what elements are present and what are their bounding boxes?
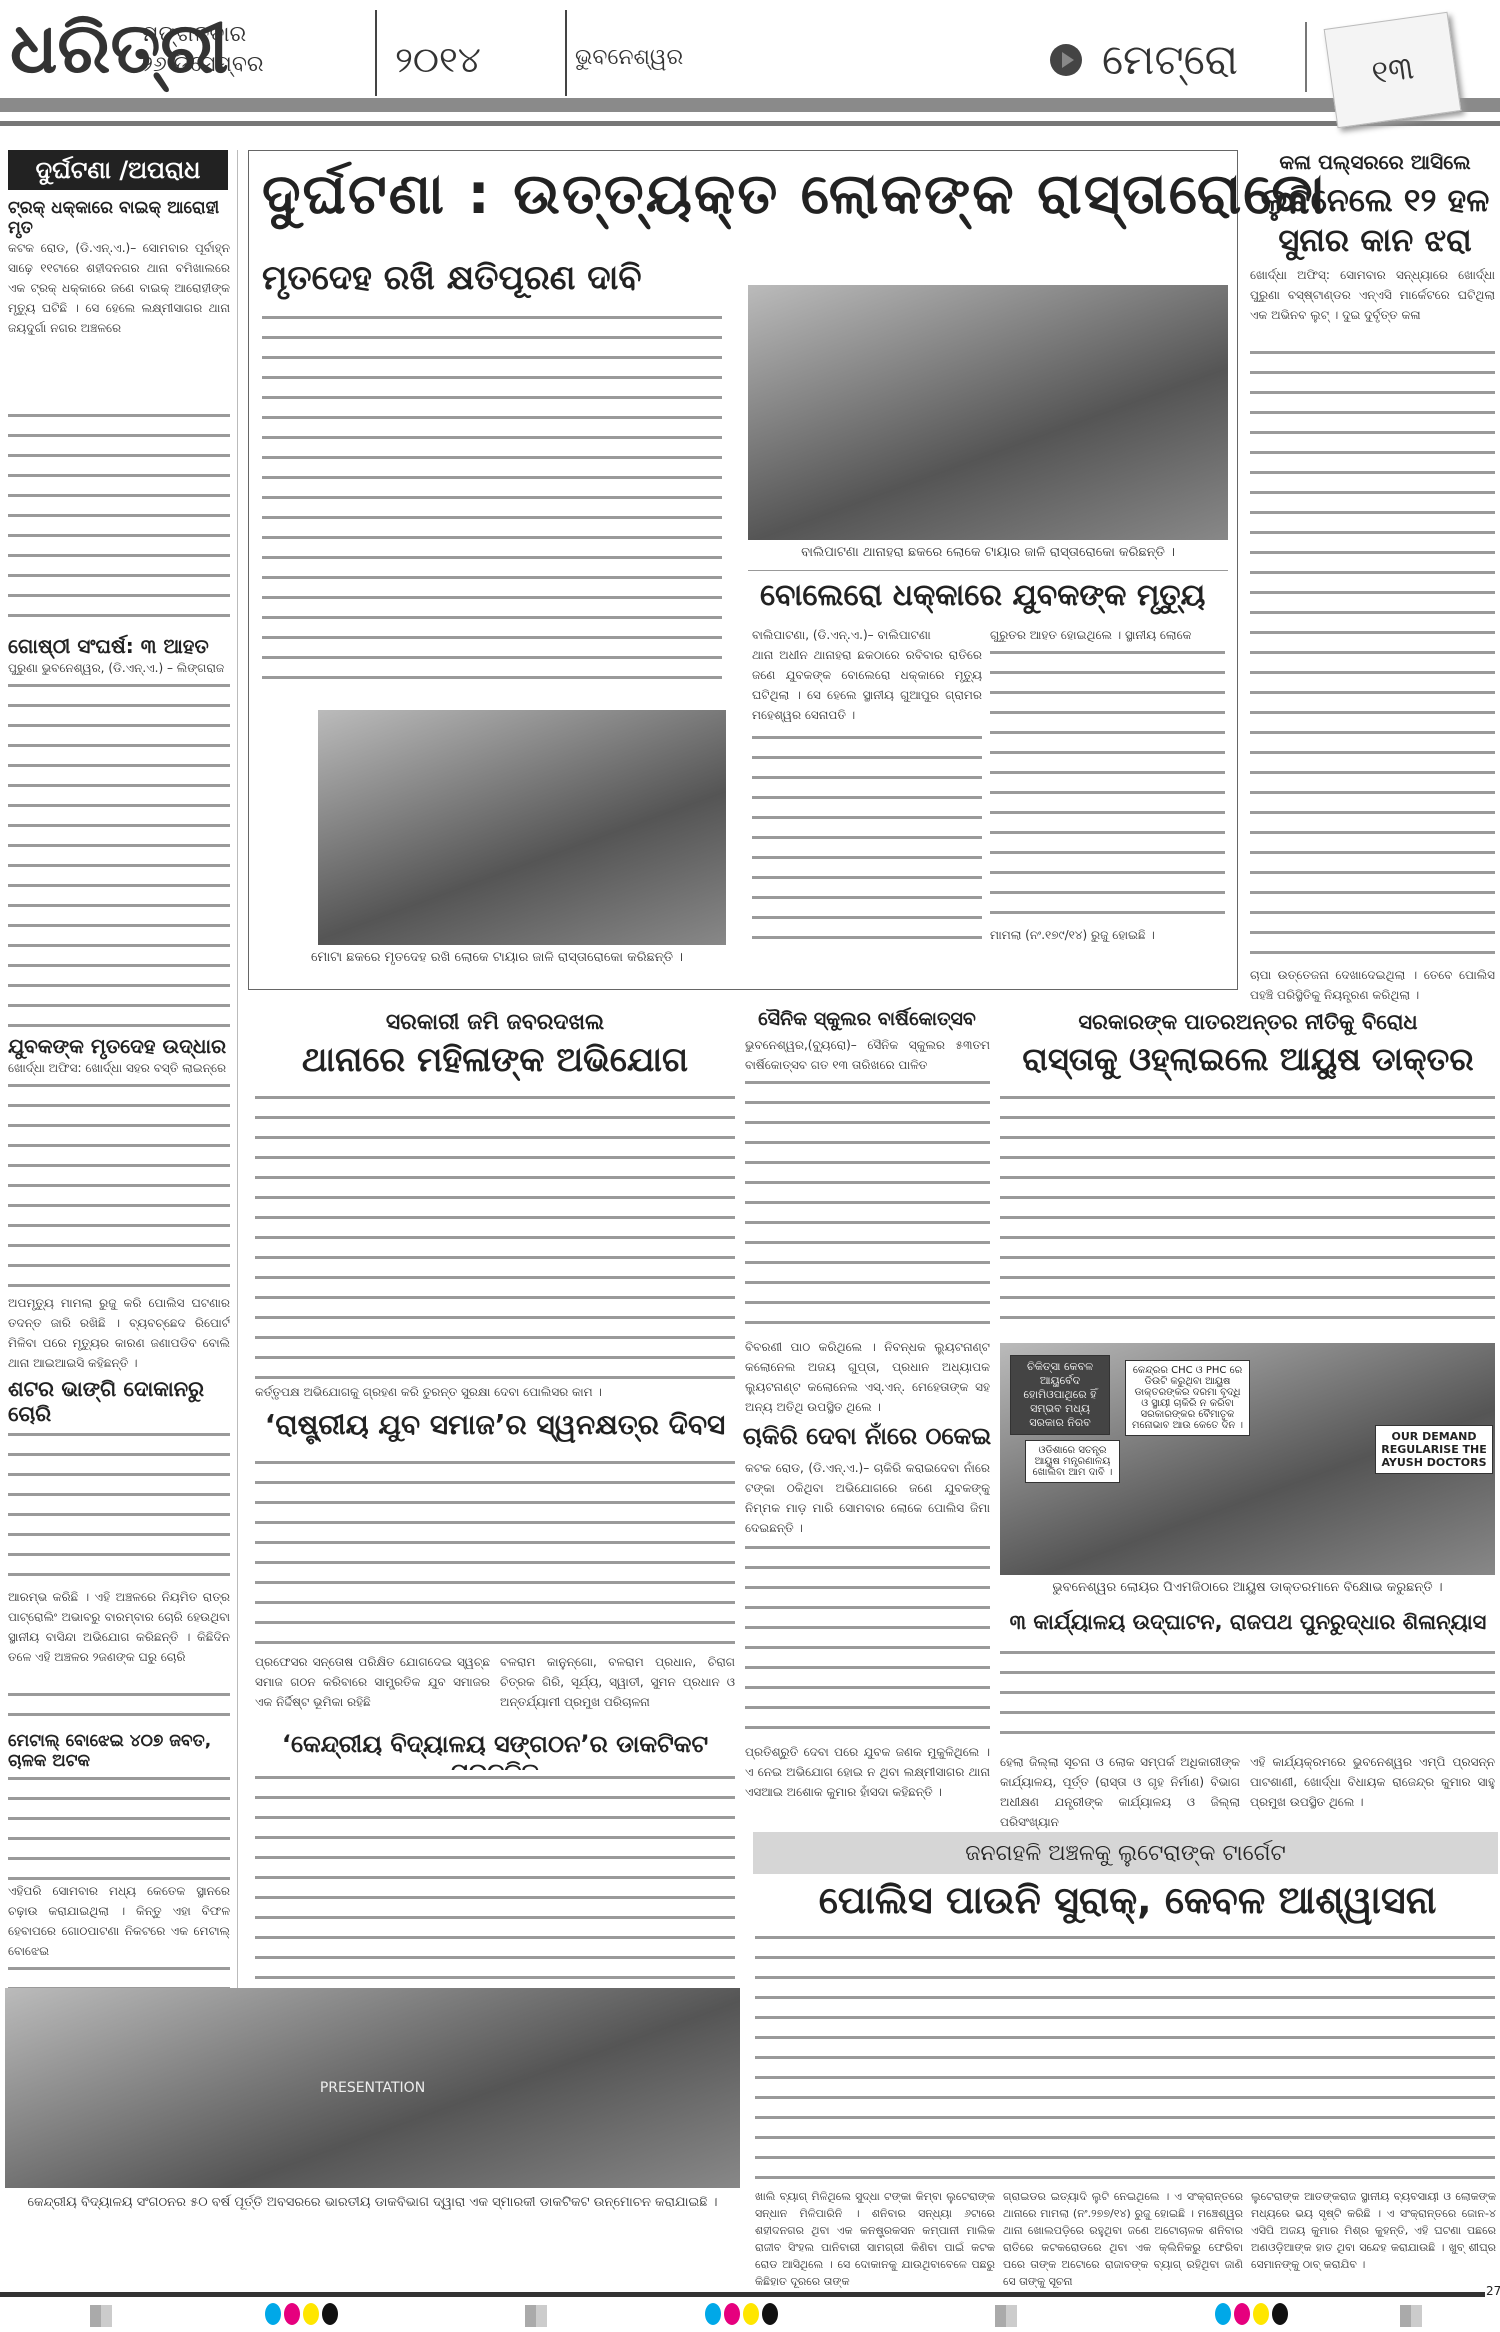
day-label: ମଙ୍ଗଳବାର [142,20,264,50]
story-body-text [1000,1090,1495,1330]
loot-kicker: ଜନଗହଳି ଅଞ୍ଚଳକୁ ଲୁଟେରାଙ୍କ ଟାର୍ଗେଟ [753,1832,1498,1874]
story-body: ଆରମ୍ଭ କରିଛି । ଏହି ଅଞ୍ଚଳରେ ନିୟମିତ ରାତ୍ର ପ… [8,1587,230,1687]
page-folio: 27 [1486,2284,1500,2298]
protest-sign: ଚିକିତ୍ସା କେବଳ ଆୟୁର୍ବେଦ ହୋମିଓପାଥିରେ ହିଁ ସ… [1010,1355,1110,1435]
right-headline: ଲୁଟିନେଲେ ୧୨ ହଳ ସୁନାର କାନ ଝରା [1255,180,1495,260]
story-headline: ଶଟର ଭାଙ୍ଗି ଦୋକାନରୁ ଚୋରି [8,1377,230,1427]
story-body-text [255,1090,735,1380]
photo-caption: କେନ୍ଦ୍ରୀୟ ବିଦ୍ୟାଳୟ ସଂଗଠନର ୫୦ ବର୍ଷ ପୂର୍ତ୍… [5,2195,740,2210]
cmyk-marks [705,2303,778,2325]
masthead-band [0,98,1500,112]
story-body: ବଳରାମ କାନୁନ୍‌ଗୋ, ବଳରାମ ପ୍ରଧାନ, ଚିରାଗ ଚିତ… [500,1652,735,1712]
left-column: ଟ୍ରକ୍ ଧକ୍କାରେ ବାଇକ୍ ଆରୋହୀ ମୃତ କଟକ ରୋଡ, (… [8,198,230,2061]
story-body: ଥାନା ଅଧୀନ ଥାନାହରା ଛକଠାରେ ରବିବାର ରାତିରେ ଜ… [752,645,982,725]
section-title: ମେଟ୍ରୋ [1050,35,1238,85]
story-body-text [8,1687,230,1727]
story-body: ଏହି କାର୍ଯ୍ୟକ୍ରମରେ ଭୁବନେଶ୍ୱର ଏମ୍‌ପି ପ୍ରସନ… [1250,1752,1495,1812]
registration-mark [1400,2305,1422,2327]
story-body-text [745,1075,990,1335]
story-body-text [1250,345,1495,965]
ayush-kicker: ସରକାରଙ୍କ ପାତରଅନ୍ତର ନୀତିକୁ ବିରୋଧ [998,1010,1498,1035]
column-divider [237,150,238,2130]
story-body: ବିବରଣୀ ପାଠ କରିଥିଲେ । ନିବନ୍ଧକ ଲ୍ୟୁଟନାଣ୍ଟ … [745,1337,990,1417]
story-body-text [752,730,982,945]
section-name: ମେଟ୍ରୋ [1102,35,1238,85]
office-headline: ୩ କାର୍ଯ୍ୟାଳୟ ଉଦ୍‌ଘାଟନ, ରାଜପଥ ପୁନରୁଦ୍ଧାର … [998,1610,1498,1635]
section-label: ଦୁର୍ଘଟଣା /ଅପରାଧ [8,150,228,190]
youth-headline: ‘ରାଷ୍ଟ୍ରୀୟ ଯୁବ ସମାଜ’ର ସ୍ୱନକ୍ଷତ୍ର ଦିବସ [250,1408,740,1442]
masthead-divider [375,10,377,96]
story-body: ଭୁବନେଶ୍ୱର,(ବ୍ୟୁରୋ)– ସୈନିକ ସ୍କୁଲର ୫୩ତମ ବା… [745,1035,990,1075]
story-body-text [8,1427,230,1587]
story-body: ଖୋର୍ଦ୍ଧା ଅଫିସ୍: ସୋମବାର ସନ୍ଧ୍ୟାରେ ଖୋର୍ଦ୍ଧ… [1250,265,1495,345]
footer-rule [0,2292,1485,2297]
protest-sign: OUR DEMAND REGULARISE THE AYUSH DOCTORS [1375,1425,1493,1474]
story-body: ଖୋର୍ଦ୍ଧା ଅଫିସ: ଖୋର୍ଦ୍ଧା ସହର ବସ୍ତି ଲାଇନ୍‌… [8,1058,230,1078]
story-body: ଗ୍ରାଇଡର ଇତ୍ୟାଦି ଲୁଟି ନେଇଥିଲେ । ଏ ସଂକ୍ରାନ… [1003,2188,1243,2288]
cmyk-marks [265,2303,338,2325]
cmyk-marks [1215,2303,1288,2325]
land-kicker: ସରକାରୀ ଜମି ଜବରଦଖଲ [250,1010,740,1035]
registration-mark [995,2305,1017,2327]
right-kicker: କଳା ପଲ୍‌ସରରେ ଆସିଲେ [1255,150,1495,174]
story-body-text [8,1078,230,1293]
masthead-city: ଭୁବନେଶ୍ୱର [575,45,683,70]
ayush-headline: ରାସ୍ତାକୁ ଓହ୍ଲାଇଲେ ଆୟୁଷ ଡାକ୍ତର [998,1040,1498,1079]
protest-sign: କେନ୍ଦ୍ରର CHC ଓ PHC ରେ ଡିଉଟି କରୁଥିବା ଆୟୁଷ… [1125,1360,1250,1436]
story-body-text [8,408,230,628]
masthead-year: ୨୦୧୪ [395,40,481,82]
story-headline: ଗୋଷ୍ଠୀ ସଂଘର୍ଷ: ୩ ଆହତ [8,634,230,658]
lead-story-body [262,310,722,690]
road-block-photo [318,710,726,945]
story-headline: ଯୁବକଙ୍କ ମୃତଦେହ ଉଦ୍ଧାର [8,1034,230,1058]
story-body: ଲୁଟେରାଙ୍କ ଆତଙ୍କରାଜ ସ୍ଥାନୀୟ ବ୍ୟବସାୟୀ ଓ ଲୋ… [1251,2188,1496,2288]
photo-caption: ଭୁବନେଶ୍ୱର ଲୋୟର ପିଏମଜିଠାରେ ଆୟୁଷ ଡାକ୍ତରମାନ… [1000,1580,1495,1595]
masthead-rule [0,121,1500,126]
registration-mark [90,2305,112,2327]
stamp-release-photo: PRESENTATION [5,1988,740,2188]
divider [748,570,1228,571]
story-body: ଖାଲି ବ୍ୟାଗ୍ ମିଳିଥିଲେ ସୁଦ୍ଧା ଟଙ୍କା କିମ୍ବା… [755,2188,995,2288]
loot-headline: ପୋଲିସ ପାଉନି ସୁରାକ୍, କେବଳ ଆଶ୍ୱାସନା [755,1878,1500,1923]
story-body: ଚାପା ଉତ୍ତେଜନା ଦେଖାଦେଇଥିଲା । ତେବେ ପୋଲିସ ପ… [1250,965,1495,1005]
photo-caption: ମୋଟା ଛକରେ ମୃତଦେହ ରଖି ଲୋକେ ଟାୟାର ଜାଳି ରାସ… [262,950,732,965]
lead-subhead: ମୃତଦେହ ରଖି କ୍ଷତିପୂରଣ ଦାବି [262,258,642,298]
story-body-text [8,1771,230,1881]
masthead-divider [1305,22,1307,92]
story-body: ଏହିପରି ସୋମବାର ମଧ୍ୟ କେତେକ ସ୍ଥାନରେ ଚଢ଼ାଉ କ… [8,1881,230,1961]
story-headline: ମେଟାଲ୍ ବୋଝେଇ ୪୦୭ ଜବତ, ଚାଳକ ଅଟକ [8,1731,230,1771]
story-body-text [755,1930,1495,2190]
story-body: ବାଲିପାଟଣା, (ଡି.ଏନ୍.ଏ.)– ବାଲିପାଟଣା [752,625,982,645]
story-body: ଅପମୃତ୍ୟୁ ମାମଲା ରୁଜୁ କରି ପୋଲିସ ଘଟଣାର ତଦନ୍… [8,1293,230,1373]
story-headline: ଟ୍ରକ୍ ଧକ୍କାରେ ବାଇକ୍ ଆରୋହୀ ମୃତ [8,198,230,238]
story-body-text [990,645,1225,925]
photo-banner: PRESENTATION [320,2080,425,2096]
land-headline: ଥାନାରେ ମହିଳାଙ୍କ ଅଭିଯୋଗ [250,1040,740,1080]
story-body: କଟକ ରୋଡ, (ଡି.ଏନ୍.ଏ.)– ଚାକିରି କରାଇଦେବା ନା… [745,1458,990,1538]
story-body-text [1000,1645,1495,1745]
story-body: ପ୍ରତିଶ୍ରୁତି ଦେବା ପରେ ଯୁବକ ଜଣକ ମୁକୁଳିଥିଲେ… [745,1742,990,1802]
masthead-date: ମଙ୍ଗଳବାର ୨୬ ଡିସେମ୍ବର [142,20,264,80]
story-body: କର୍ତ୍ତୃପକ୍ଷ ଅଭିଯୋଗକୁ ଗ୍ରହଣ କରି ତୁରନ୍ତ ସୁ… [255,1382,735,1402]
story-body-text [8,678,230,1028]
sainik-headline: ସୈନିକ ସ୍କୁଲର ବାର୍ଷିକୋତ୍ସବ [742,1008,992,1030]
lead-headline: ଦୁର୍ଘଟଣା : ଉତ୍ତ୍ୟକ୍ତ ଲୋକଙ୍କ ରାସ୍ତାରୋକୋ [262,162,1328,228]
protest-sign: ଓଡିଶାରେ ସତନ୍ତ୍ର ଆୟୁଷ ମନ୍ତ୍ରଣାଳୟ ଖୋଲିବା ଆ… [1025,1440,1120,1483]
bolero-headline: ବୋଲେରୋ ଧକ୍କାରେ ଯୁବକଙ୍କ ମୃତ୍ୟୁ [760,578,1205,613]
story-body-text [745,1540,990,1740]
registration-mark [525,2305,547,2327]
photo-caption: ବାଲିପାଟଣା ଥାନାହରା ଛକରେ ଲୋକେ ଟାୟାର ଜାଳି ର… [748,545,1228,560]
job-headline: ଚାକିରି ଦେବା ନାଁରେ ଠକେଇ [742,1422,992,1450]
protest-photo [748,285,1228,540]
story-body: ପୁରୁଣା ଭୁବନେଶ୍ୱର, (ଡି.ଏନ୍.ଏ.) – ଲିଙ୍ଗରାଜ [8,658,230,678]
play-circle-icon [1050,44,1082,76]
story-body: ମାମଲା (ନଂ.୧୭୯/୧୪) ରୁଜୁ ହୋଇଛି । [990,925,1225,945]
masthead-divider [565,10,567,96]
page-number-badge: ୧୩ [1324,12,1462,128]
story-body: ହେଲା ଜିଲ୍ଲା ସୂଚନା ଓ ଲୋକ ସମ୍ପର୍କ ଅଧିକାରୀଙ… [1000,1752,1240,1832]
story-body-text [255,1455,735,1650]
story-body: ପ୍ରଫେସର ସନ୍ତୋଷ ପରିକ୍ଷିତ ଯୋଗଦେଇ ସ୍ୱଚ୍ଛ ସମ… [255,1652,490,1712]
story-body: ଗୁରୁତର ଆହତ ହୋଇଥିଲେ । ସ୍ଥାନୀୟ ଲୋକେ [990,625,1225,645]
story-body: କଟକ ରୋଡ, (ଡି.ଏନ୍.ଏ.)– ସୋମବାର ପୂର୍ବାହ୍ନ ସ… [8,238,230,408]
date-label: ୨୬ ଡିସେମ୍ବର [142,50,264,80]
story-body-text [255,1770,735,1980]
